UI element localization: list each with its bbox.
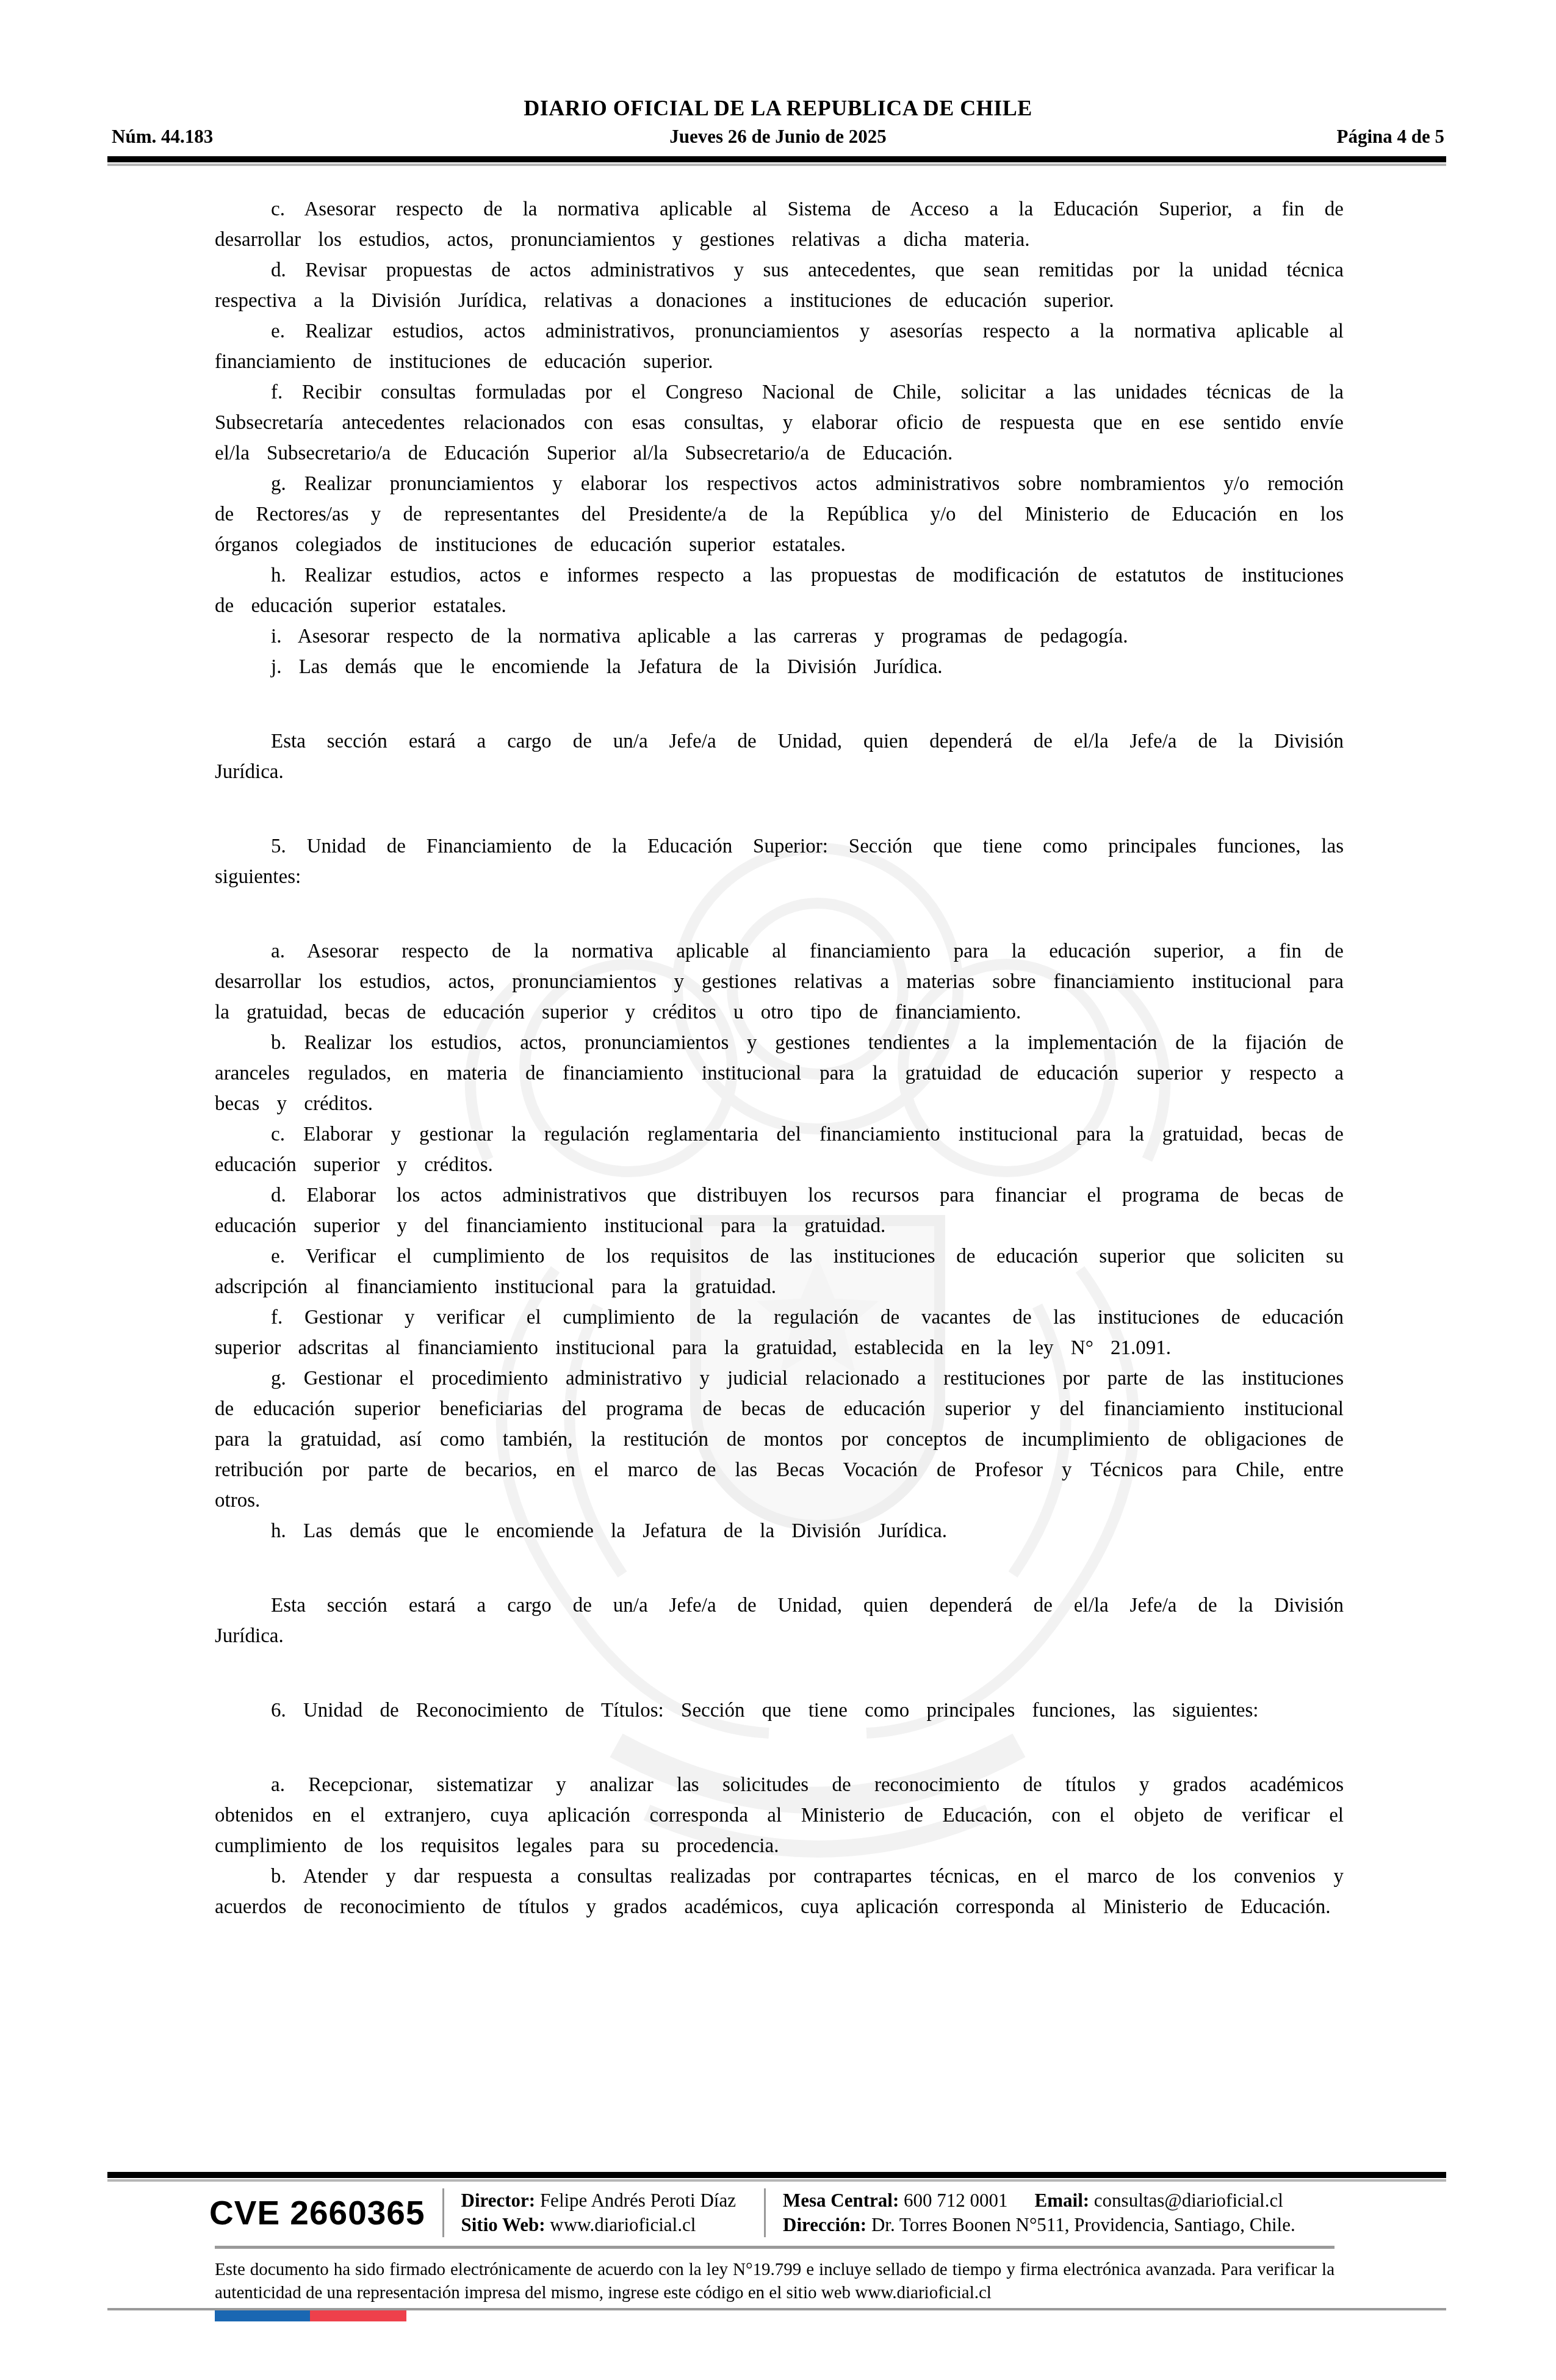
gazette-page: DIARIO OFICIAL DE LA REPUBLICA DE CHILE … (0, 0, 1556, 2380)
body-paragraph: f. Recibir consultas formuladas por el C… (215, 377, 1344, 469)
edition-date: Jueves 26 de Junio de 2025 (0, 126, 1556, 148)
body-paragraph: a. Recepcionar, sistematizar y analizar … (215, 1770, 1344, 1861)
legal-separator-rule (215, 2246, 1334, 2249)
body-paragraph: g. Realizar pronunciamientos y elaborar … (215, 469, 1344, 560)
page-indicator: Página 4 de 5 (1336, 126, 1444, 148)
body-paragraph: c. Asesorar respecto de la normativa apl… (215, 194, 1344, 255)
sitio-web-label: Sitio Web: (461, 2214, 546, 2235)
body-paragraph: d. Elaborar los actos administrativos qu… (215, 1180, 1344, 1241)
email: Email: consultas@diarioficial.cl (1035, 2190, 1283, 2211)
body-paragraph: h. Las demás que le encomiende la Jefatu… (215, 1516, 1344, 1546)
body-paragraph: Esta sección estará a cargo de un/a Jefe… (215, 1590, 1344, 1651)
body-paragraph: d. Revisar propuestas de actos administr… (215, 255, 1344, 316)
footer-contact-column: Mesa Central: 600 712 0001Email: consult… (766, 2188, 1295, 2237)
body-paragraph: b. Atender y dar respuesta a consultas r… (215, 1861, 1344, 1922)
direccion-value: Dr. Torres Boonen N°511, Providencia, Sa… (871, 2214, 1295, 2235)
mesa-central-value: 600 712 0001 (904, 2190, 1008, 2211)
address-line: Dirección: Dr. Torres Boonen N°511, Prov… (783, 2213, 1295, 2237)
body-paragraph: b. Realizar los estudios, actos, pronunc… (215, 1028, 1344, 1119)
chile-flag-bar (215, 2310, 406, 2321)
body-paragraph: j. Las demás que le encomiende la Jefatu… (215, 652, 1344, 682)
body-paragraph: h. Realizar estudios, actos e informes r… (215, 560, 1344, 621)
document-body: c. Asesorar respecto de la normativa apl… (215, 194, 1344, 1922)
director-label: Director: (461, 2190, 536, 2211)
header-rule (107, 156, 1446, 162)
cve-code: CVE 2660365 (209, 2201, 442, 2225)
body-paragraph: f. Gestionar y verificar el cumplimiento… (215, 1302, 1344, 1363)
body-paragraph: Esta sección estará a cargo de un/a Jefe… (215, 726, 1344, 787)
footer-rule (107, 2172, 1446, 2178)
body-paragraph: i. Asesorar respecto de la normativa apl… (215, 621, 1344, 652)
body-paragraph: c. Elaborar y gestionar la regulación re… (215, 1119, 1344, 1180)
body-paragraph: a. Asesorar respecto de la normativa apl… (215, 936, 1344, 1028)
header-rule-shadow (107, 164, 1446, 166)
direccion-label: Dirección: (783, 2214, 866, 2235)
body-paragraph: g. Gestionar el procedimiento administra… (215, 1363, 1344, 1516)
director-name: Felipe Andrés Peroti Díaz (540, 2190, 736, 2211)
contact-line: Mesa Central: 600 712 0001Email: consult… (783, 2188, 1295, 2213)
footer-director-column: Director: Felipe Andrés Peroti Díaz Siti… (444, 2188, 765, 2237)
page-title: DIARIO OFICIAL DE LA REPUBLICA DE CHILE (0, 95, 1556, 121)
email-value: consultas@diarioficial.cl (1094, 2190, 1283, 2211)
sitio-line: Sitio Web: www.diarioficial.cl (461, 2213, 737, 2237)
footer-info: CVE 2660365 Director: Felipe Andrés Pero… (209, 2188, 1295, 2237)
legal-notice: Este documento ha sido firmado electróni… (215, 2258, 1334, 2304)
sitio-web-value: www.diarioficial.cl (550, 2214, 696, 2235)
mesa-central: Mesa Central: 600 712 0001 (783, 2190, 1008, 2211)
flag-red-segment (310, 2310, 406, 2321)
mesa-central-label: Mesa Central: (783, 2190, 899, 2211)
body-paragraph: e. Verificar el cumplimiento de los requ… (215, 1241, 1344, 1302)
flag-blue-segment (215, 2310, 310, 2321)
section-heading-paragraph: 6. Unidad de Reconocimiento de Títulos: … (215, 1695, 1344, 1726)
section-heading-paragraph: 5. Unidad de Financiamiento de la Educac… (215, 831, 1344, 892)
footer-rule-shadow (107, 2179, 1446, 2182)
email-label: Email: (1035, 2190, 1090, 2211)
body-paragraph: e. Realizar estudios, actos administrati… (215, 316, 1344, 377)
director-line: Director: Felipe Andrés Peroti Díaz (461, 2188, 737, 2213)
